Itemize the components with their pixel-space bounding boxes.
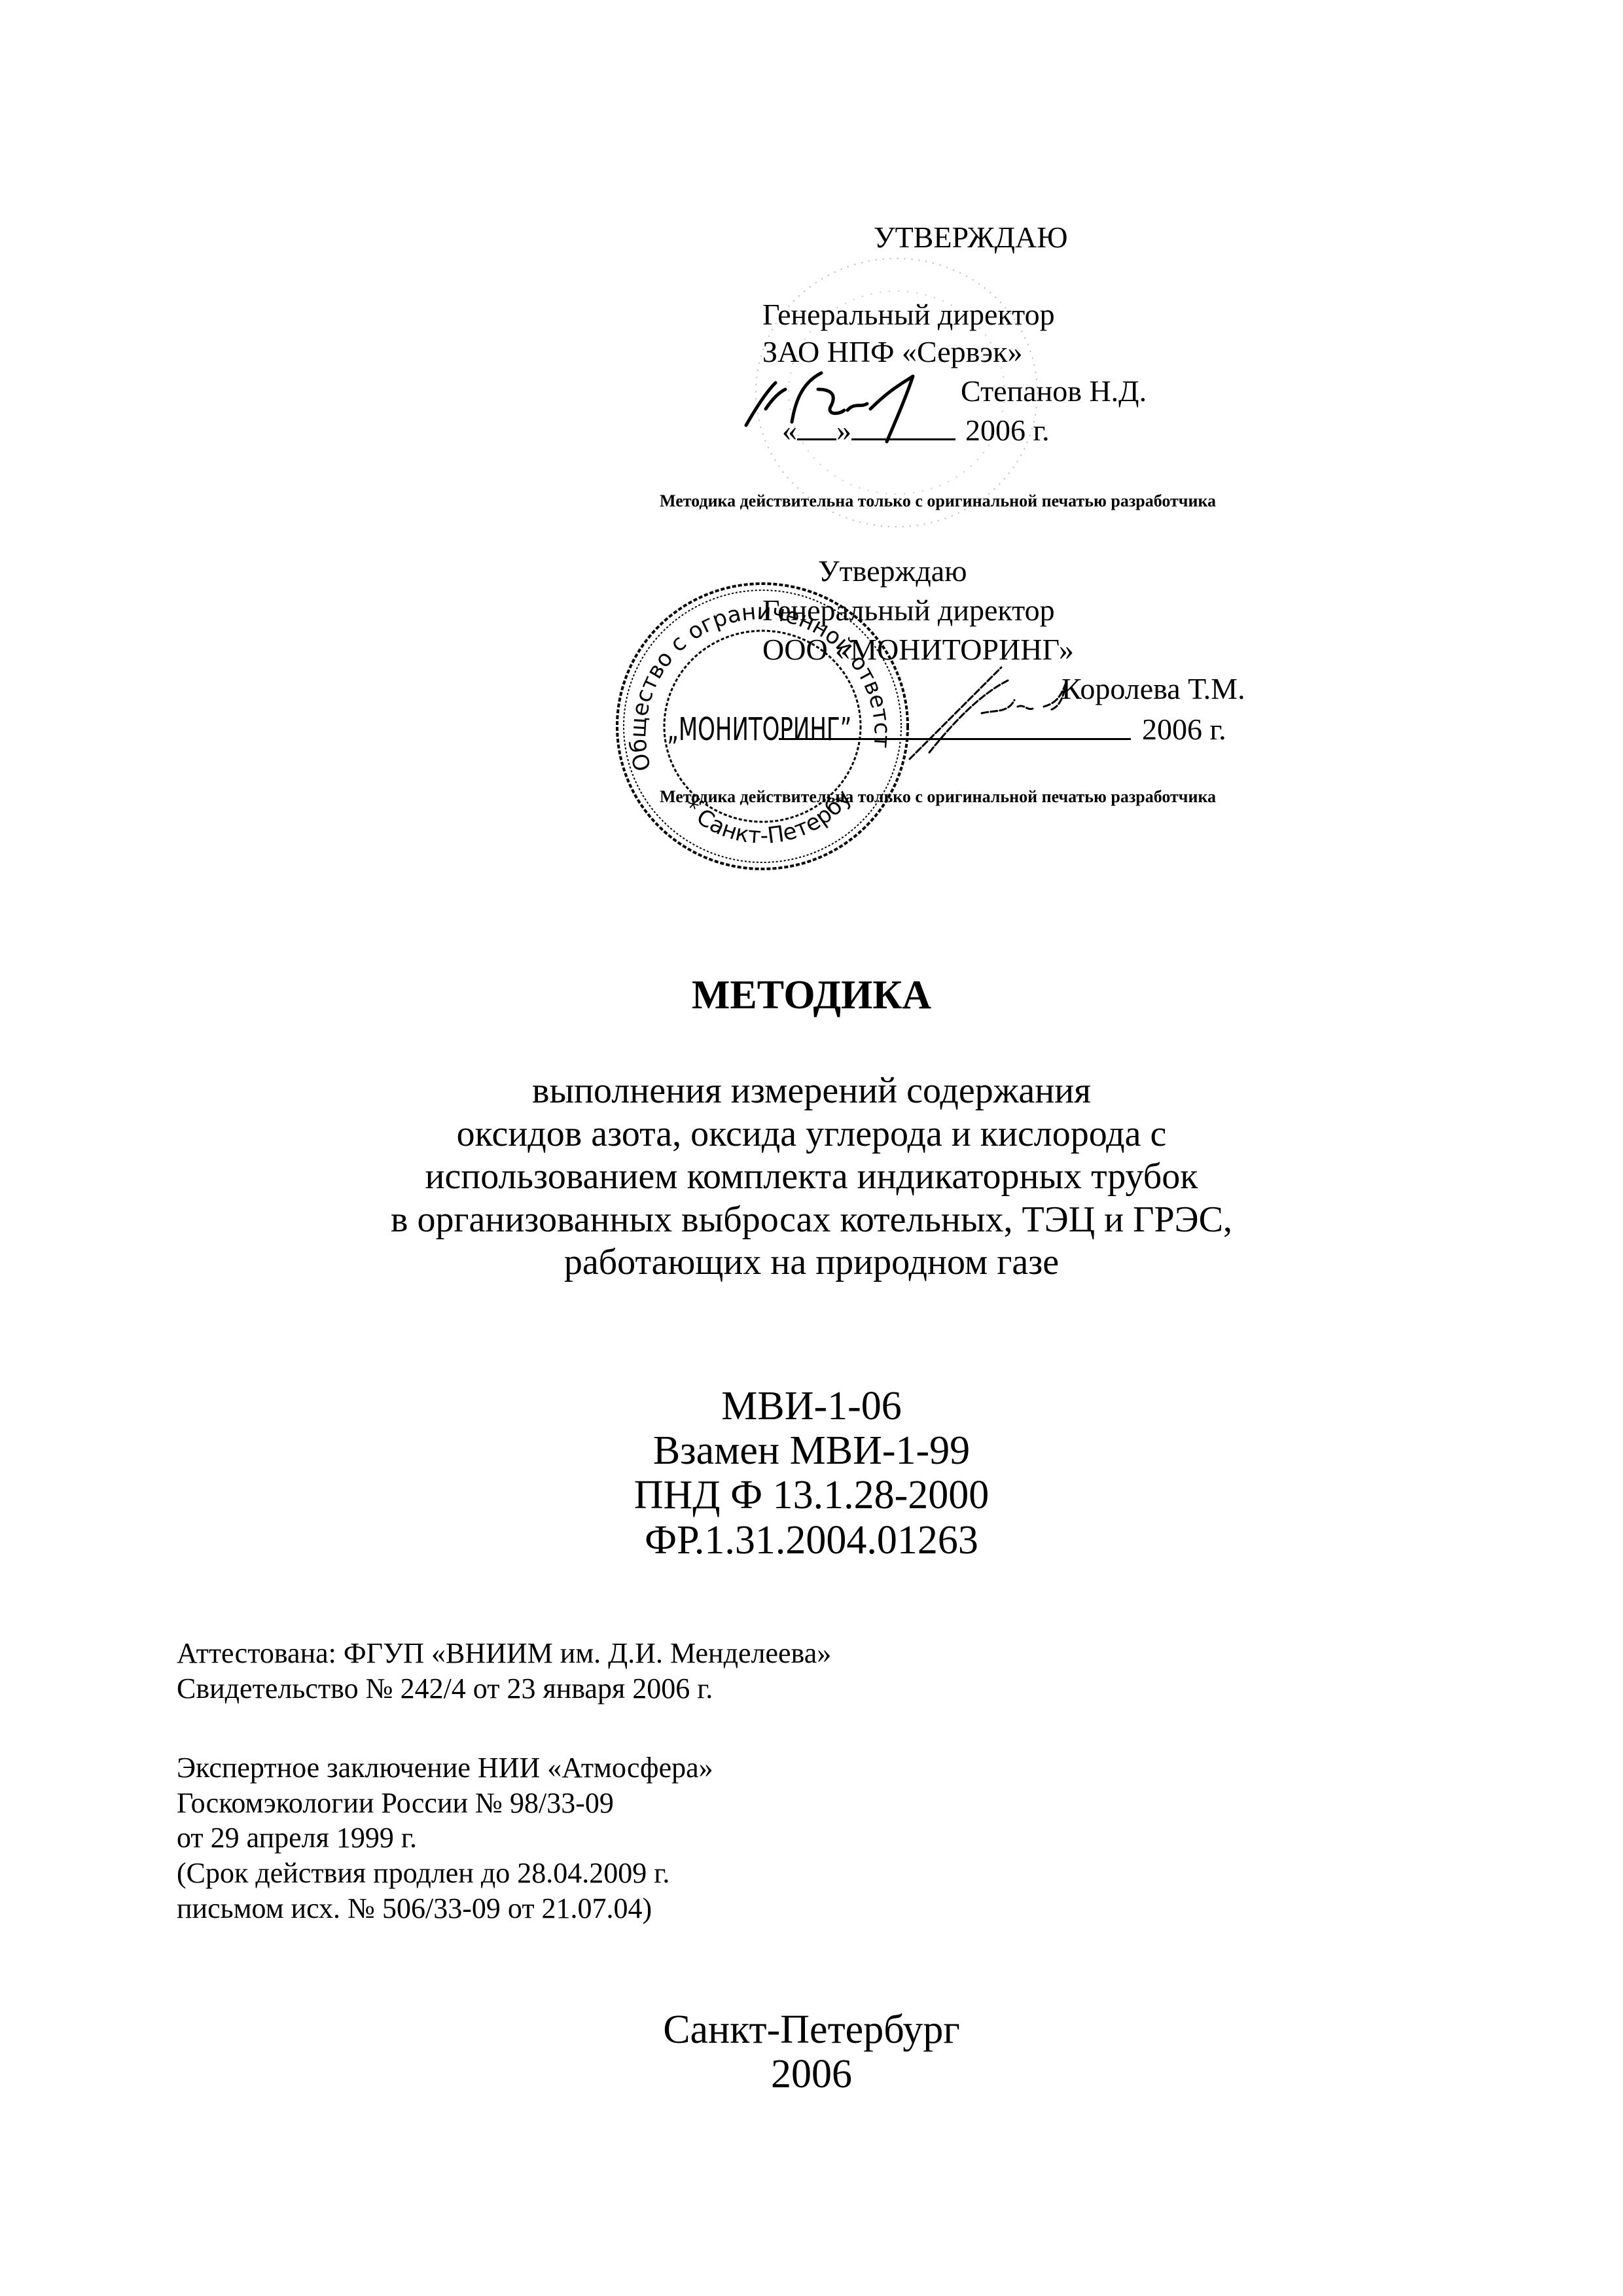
signatory-name-2: Королева Т.М. bbox=[1061, 674, 1245, 704]
expert-line: от 29 апреля 1999 г. bbox=[177, 1820, 713, 1856]
footer-year: 2006 bbox=[0, 2052, 1623, 2096]
subtitle-line: в организованных выбросах котельных, ТЭЦ… bbox=[0, 1199, 1623, 1242]
validity-note: Методика действительна только с оригинал… bbox=[660, 493, 1216, 510]
expert-line: (Срок действия продлен до 28.04.2009 г. bbox=[177, 1856, 713, 1891]
date-open-quote: « bbox=[782, 414, 797, 447]
expert-line: Экспертное заключение НИИ «Атмосфера» bbox=[177, 1750, 713, 1786]
expert-opinion-block: Экспертное заключение НИИ «Атмосфера» Го… bbox=[177, 1750, 713, 1926]
signature-line bbox=[779, 738, 1131, 740]
subtitle-line: работающих на природном газе bbox=[0, 1241, 1623, 1284]
certification-line: Аттестована: ФГУП «ВНИИМ им. Д.И. Мендел… bbox=[177, 1636, 831, 1671]
code-line: МВИ-1-06 bbox=[0, 1384, 1623, 1428]
subtitle-line: оксидов азота, оксида углерода и кислоро… bbox=[0, 1113, 1623, 1156]
validity-note-2: Методика действительна только с оригинал… bbox=[660, 788, 1216, 805]
expert-line: письмом исх. № 506/33-09 от 21.07.04) bbox=[177, 1891, 713, 1926]
approval-heading-2: Утверждаю bbox=[818, 556, 967, 586]
document-subtitle: выполнения измерений содержания оксидов … bbox=[0, 1070, 1623, 1284]
subtitle-line: выполнения измерений содержания bbox=[0, 1070, 1623, 1113]
expert-line: Госкомэкологии России № 98/33-09 bbox=[177, 1786, 713, 1821]
day-blank bbox=[797, 416, 836, 440]
certification-line: Свидетельство № 242/4 от 23 января 2006 … bbox=[177, 1671, 831, 1706]
approval-position: Генеральный директор bbox=[762, 300, 1055, 330]
footer: Санкт-Петербург 2006 bbox=[0, 2007, 1623, 2096]
code-line: ПНД Ф 13.1.28-2000 bbox=[0, 1473, 1623, 1517]
signatory-name: Степанов Н.Д. bbox=[961, 376, 1147, 406]
stamp-center-text: „МОНИТОРИНГ” bbox=[667, 711, 851, 748]
subtitle-line: использованием комплекта индикаторных тр… bbox=[0, 1156, 1623, 1199]
month-blank-2 bbox=[870, 416, 955, 440]
code-line: ФР.1.31.2004.01263 bbox=[0, 1518, 1623, 1563]
footer-city: Санкт-Петербург bbox=[0, 2007, 1623, 2052]
approval-year-2: 2006 г. bbox=[1142, 715, 1226, 745]
approval-heading: УТВЕРЖДАЮ bbox=[874, 222, 1068, 253]
document-title: МЕТОДИКА bbox=[0, 975, 1623, 1016]
certification-block: Аттестована: ФГУП «ВНИИМ им. Д.И. Мендел… bbox=[177, 1636, 831, 1706]
document-codes: МВИ-1-06 Взамен МВИ-1-99 ПНД Ф 13.1.28-2… bbox=[0, 1384, 1623, 1563]
date-line-tail bbox=[870, 415, 955, 446]
approval-position-2: Генеральный директор bbox=[762, 595, 1055, 626]
approval-year: 2006 г. bbox=[965, 415, 1050, 446]
date-close-quote: » bbox=[836, 414, 851, 447]
code-line: Взамен МВИ-1-99 bbox=[0, 1428, 1623, 1473]
